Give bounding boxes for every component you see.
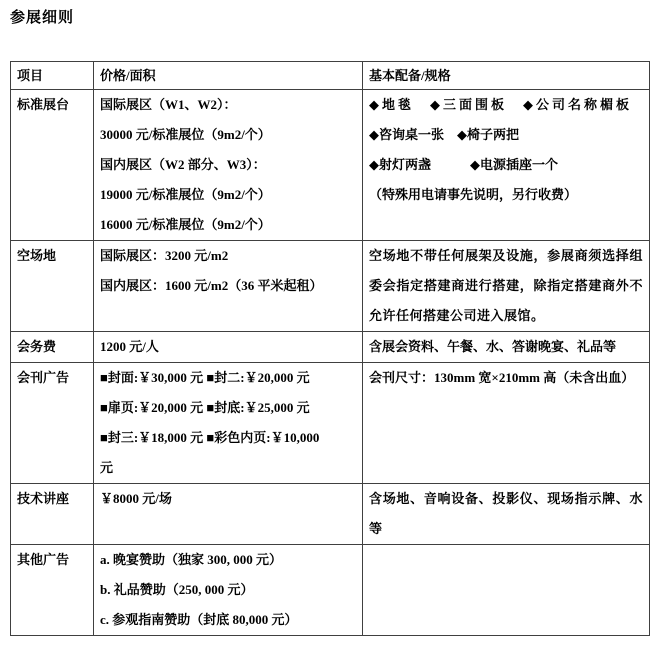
spec-cell-conference-fee: 含展会资料、午餐、水、答谢晚宴、礼品等 [363,332,650,363]
spec-cell-other-ad [363,545,650,636]
table-row-tech-seminar: 技术讲座 ￥8000 元/场 含场地、音响设备、投影仪、现场指示牌、水等 [11,484,650,545]
price-cell-standard-booth: 国际展区（W1、W2）： 30000 元/标准展位（9m2/个） 国内展区（W2… [94,90,363,241]
item-label-other-ad: 其他广告 [11,545,94,636]
table-row-raw-space: 空场地 国际展区：3200 元/m2 国内展区：1600 元/m2（36 平米起… [11,241,650,332]
price-line: c. 参观指南赞助（封底 80,000 元） [100,605,356,635]
spec-paragraph: 含场地、音响设备、投影仪、现场指示牌、水等 [369,484,643,544]
price-cell-conference-fee: 1200 元/人 [94,332,363,363]
price-line: 16000 元/标准展位（9m2/个） [100,210,356,240]
spec-line: 含展会资料、午餐、水、答谢晚宴、礼品等 [369,332,643,362]
price-line: 国内展区（W2 部分、W3）： [100,150,356,180]
page-title: 参展细则 [10,9,657,27]
spec-line: ◆射灯两盏 ◆电源插座一个 [369,150,643,180]
spec-paragraph: 空场地不带任何展架及设施，参展商须选择组委会指定搭建商进行搭建，除指定搭建商外不… [369,241,643,331]
price-line: ■封三:￥18,000 元 ■彩色内页:￥10,000 [100,423,356,453]
header-cell-item: 项目 [11,62,94,90]
price-line: 国际展区：3200 元/m2 [100,241,356,271]
price-line: ￥8000 元/场 [100,484,356,514]
price-line: ■封面:￥30,000 元 ■封二:￥20,000 元 [100,363,356,393]
exhibition-details-table: 项目 价格/面积 基本配备/规格 标准展台 国际展区（W1、W2）： 30000… [10,61,650,636]
price-cell-journal-ad: ■封面:￥30,000 元 ■封二:￥20,000 元 ■扉页:￥20,000 … [94,363,363,484]
price-line: a. 晚宴赞助（独家 300, 000 元） [100,545,356,575]
header-cell-spec: 基本配备/规格 [363,62,650,90]
price-line: 元 [100,453,356,483]
table-row-other-ad: 其他广告 a. 晚宴赞助（独家 300, 000 元） b. 礼品赞助（250,… [11,545,650,636]
price-line: 19000 元/标准展位（9m2/个） [100,180,356,210]
spec-line: ◆咨询桌一张 ◆椅子两把 [369,120,643,150]
spec-cell-raw-space: 空场地不带任何展架及设施，参展商须选择组委会指定搭建商进行搭建，除指定搭建商外不… [363,241,650,332]
table-row-conference-fee: 会务费 1200 元/人 含展会资料、午餐、水、答谢晚宴、礼品等 [11,332,650,363]
spec-line: ◆地毯 ◆三面围板 ◆公司名称楣板 [369,90,643,120]
item-label-tech-seminar: 技术讲座 [11,484,94,545]
price-cell-tech-seminar: ￥8000 元/场 [94,484,363,545]
table-row-journal-ad: 会刊广告 ■封面:￥30,000 元 ■封二:￥20,000 元 ■扉页:￥20… [11,363,650,484]
spec-line: （特殊用电请事先说明，另行收费） [369,180,643,210]
price-cell-other-ad: a. 晚宴赞助（独家 300, 000 元） b. 礼品赞助（250, 000 … [94,545,363,636]
price-line: ■扉页:￥20,000 元 ■封底:￥25,000 元 [100,393,356,423]
header-cell-price: 价格/面积 [94,62,363,90]
spec-cell-standard-booth: ◆地毯 ◆三面围板 ◆公司名称楣板 ◆咨询桌一张 ◆椅子两把 ◆射灯两盏 ◆电源… [363,90,650,241]
price-line: 国际展区（W1、W2）： [100,90,356,120]
table-row-standard-booth: 标准展台 国际展区（W1、W2）： 30000 元/标准展位（9m2/个） 国内… [11,90,650,241]
table-header-row: 项目 价格/面积 基本配备/规格 [11,62,650,90]
price-line: 国内展区：1600 元/m2（36 平米起租） [100,271,356,301]
item-label-standard-booth: 标准展台 [11,90,94,241]
spec-line: 会刊尺寸：130mm 宽×210mm 高（未含出血） [369,363,643,393]
price-line: 30000 元/标准展位（9m2/个） [100,120,356,150]
price-line: b. 礼品赞助（250, 000 元） [100,575,356,605]
price-cell-raw-space: 国际展区：3200 元/m2 国内展区：1600 元/m2（36 平米起租） [94,241,363,332]
item-label-raw-space: 空场地 [11,241,94,332]
spec-cell-tech-seminar: 含场地、音响设备、投影仪、现场指示牌、水等 [363,484,650,545]
price-line: 1200 元/人 [100,332,356,362]
item-label-journal-ad: 会刊广告 [11,363,94,484]
spec-cell-journal-ad: 会刊尺寸：130mm 宽×210mm 高（未含出血） [363,363,650,484]
document-page: 参展细则 项目 价格/面积 基本配备/规格 标准展台 国际展区（W1、W2）： … [0,0,657,636]
item-label-conference-fee: 会务费 [11,332,94,363]
